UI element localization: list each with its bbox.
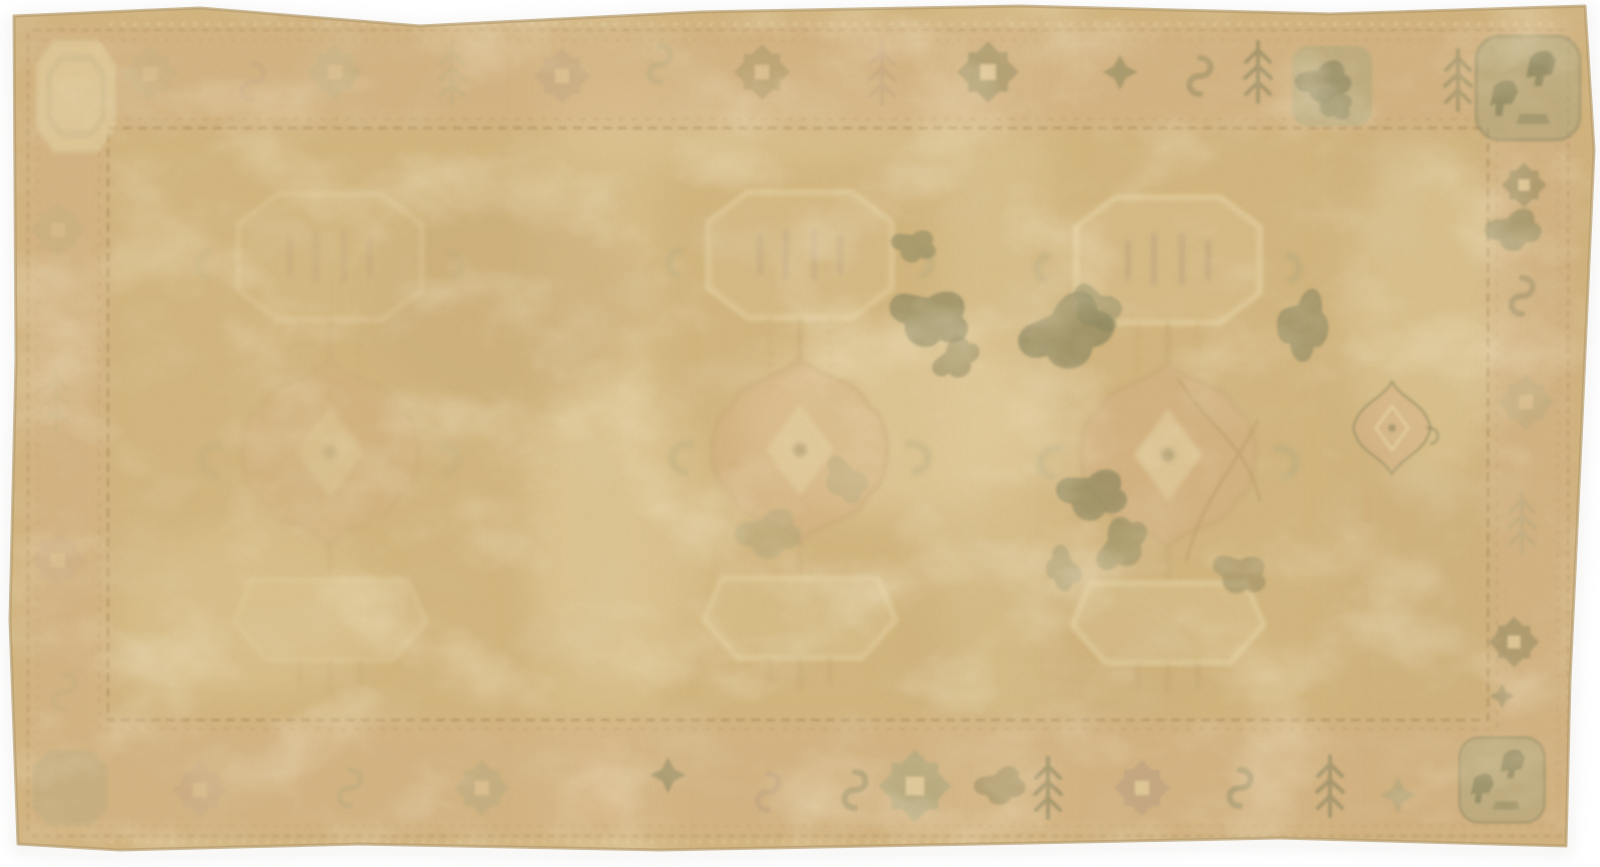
rug-texture-grain [0, 0, 1600, 867]
rug-photo [0, 0, 1600, 867]
rug [0, 0, 1600, 867]
